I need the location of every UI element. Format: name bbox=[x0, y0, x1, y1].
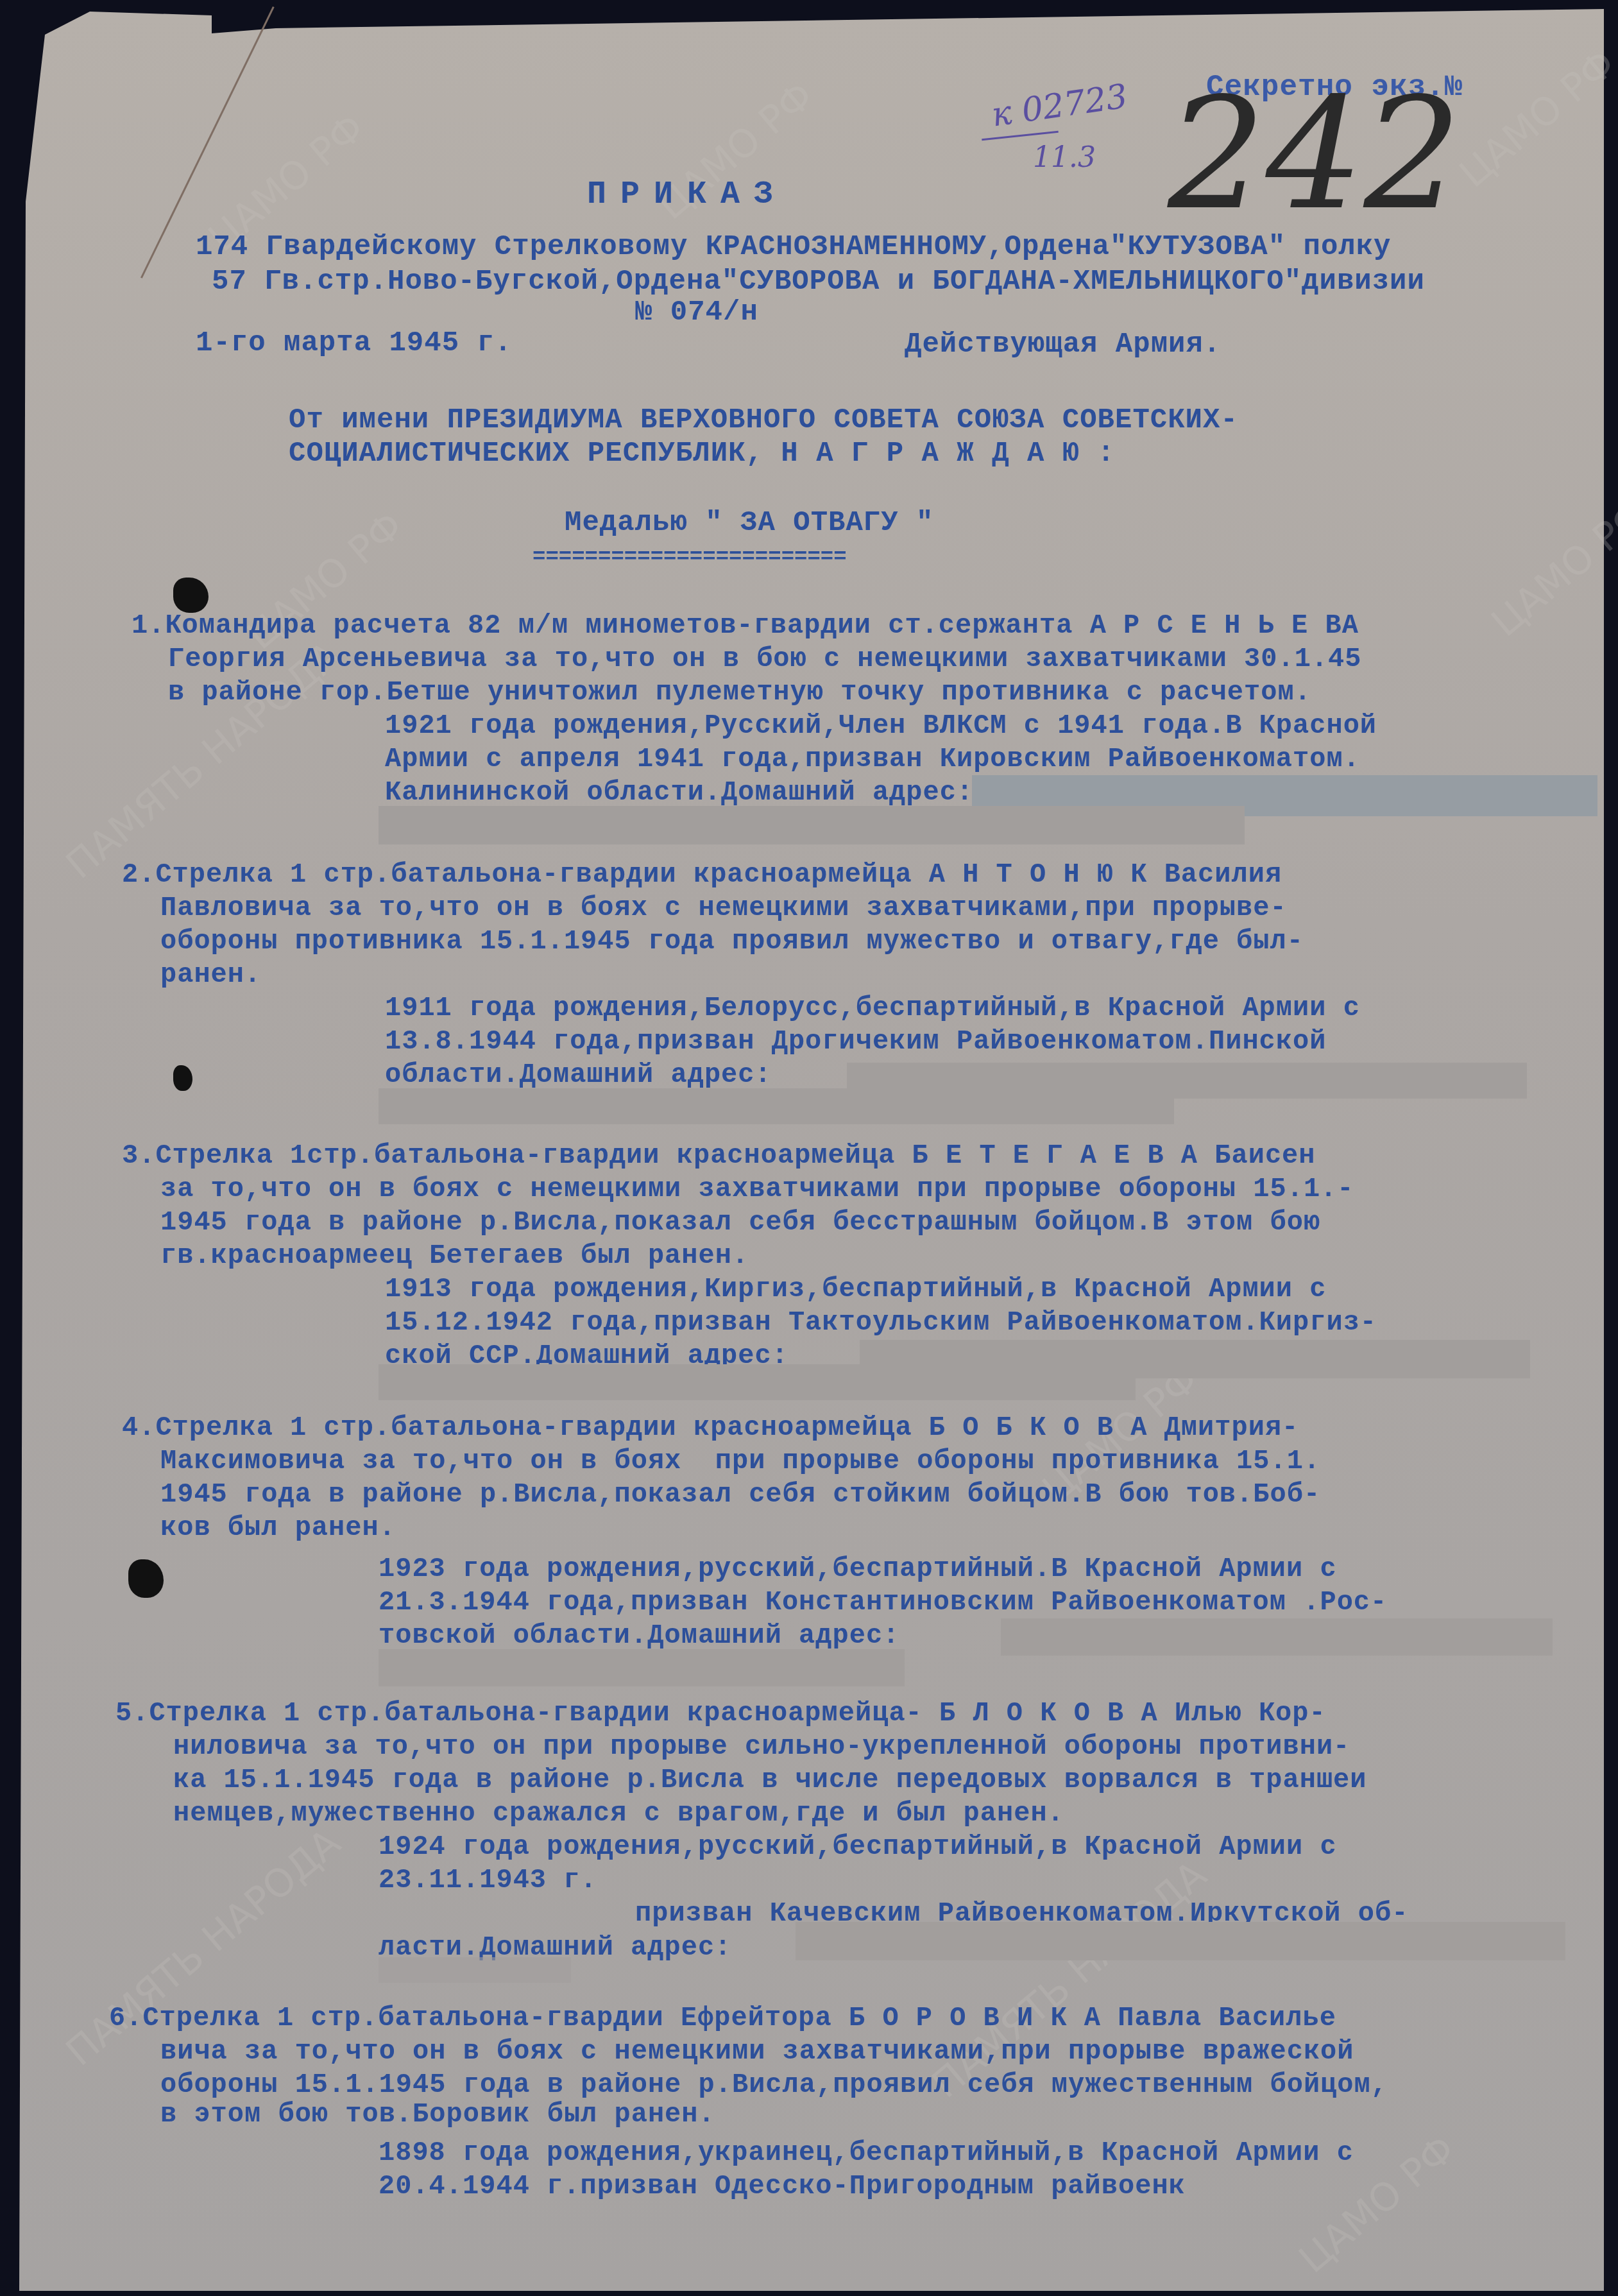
preamble-line: СОЦИАЛИСТИЧЕСКИХ РЕСПУБЛИК, Н А Г Р А Ж … bbox=[289, 438, 1115, 470]
handwritten-copy-number: 242 bbox=[1168, 77, 1461, 231]
order-number: № 074/н bbox=[635, 296, 758, 329]
citation-line: 6.Стрелка 1 стр.батальона-гвардии Ефрейт… bbox=[109, 2002, 1336, 2035]
order-date: 1-го марта 1945 г. bbox=[196, 327, 512, 359]
citation-line: ков был ранен. bbox=[160, 1512, 396, 1545]
bio-line: 1921 года рождения,Русский,Член ВЛКСМ с … bbox=[385, 710, 1377, 742]
bio-line: 15.12.1942 года,призван Тактоульским Рай… bbox=[385, 1306, 1377, 1339]
redacted-address bbox=[796, 1922, 1565, 1960]
handwritten-fraction: 11.3 bbox=[1033, 141, 1096, 174]
unit-line: 174 Гвардейскому Стрелковому КРАСНОЗНАМЕ… bbox=[196, 231, 1392, 263]
citation-line: обороны 15.1.1945 года в районе р.Висла,… bbox=[160, 2069, 1388, 2102]
award-underline: ======================== bbox=[532, 545, 847, 570]
citation-line: 1.Командира расчета 82 м/м минометов-гва… bbox=[132, 610, 1359, 642]
bio-line: 1924 года рождения,русский,беспартийный,… bbox=[379, 1831, 1337, 1863]
citation-line: в районе гор.Бетше уничтожил пулеметную … bbox=[168, 676, 1311, 709]
redacted-address bbox=[1001, 1618, 1553, 1656]
bio-line: 1898 года рождения,украинец,беспартийный… bbox=[379, 2137, 1354, 2170]
citation-line: в этом бою тов.Боровик был ранен. bbox=[160, 2098, 715, 2131]
citation-line: вича за то,что он в боях с немецкими зах… bbox=[160, 2035, 1354, 2068]
citation-line: 5.Стрелка 1 стр.батальона-гвардии красно… bbox=[115, 1697, 1326, 1730]
bio-line: 23.11.1943 г. bbox=[379, 1864, 597, 1897]
citation-line: 1945 года в районе р.Висла,показал себя … bbox=[160, 1206, 1320, 1239]
bio-line: 21.3.1944 года,призван Константиновским … bbox=[379, 1586, 1387, 1619]
bio-line: области.Домашний адрес: bbox=[385, 1059, 772, 1092]
bio-line: товской области.Домашний адрес: bbox=[379, 1620, 899, 1652]
citation-line: 2.Стрелка 1 стр.батальона-гвардии красно… bbox=[122, 859, 1282, 891]
order-location: Действующая Армия. bbox=[905, 329, 1221, 361]
redacted-address bbox=[379, 1649, 905, 1686]
unit-line: 57 Гв.стр.Ново-Бугской,Ордена"СУВОРОВА и… bbox=[212, 266, 1425, 298]
citation-line: 3.Стрелка 1стр.батальона-гвардии красноа… bbox=[122, 1140, 1316, 1172]
citation-line: ка 15.1.1945 года в районе р.Висла в чис… bbox=[173, 1764, 1367, 1797]
bio-line: 1923 года рождения,русский,беспартийный.… bbox=[379, 1553, 1337, 1586]
citation-line: Павловича за то,что он в боях с немецким… bbox=[160, 892, 1287, 925]
citation-line: Георгия Арсеньевича за то,что он в бою с… bbox=[168, 643, 1362, 676]
citation-line: обороны противника 15.1.1945 года прояви… bbox=[160, 925, 1304, 958]
document-title: ПРИКАЗ bbox=[587, 176, 787, 213]
citation-line: 1945 года в районе р.Висла,показал себя … bbox=[160, 1478, 1320, 1511]
citation-line: гв.красноармеец Бетегаев был ранен. bbox=[160, 1240, 749, 1272]
redacted-address bbox=[379, 806, 1245, 844]
award-name: Медалью " ЗА ОТВАГУ " bbox=[565, 507, 934, 539]
bio-line: 1913 года рождения,Киргиз,беспартийный,в… bbox=[385, 1273, 1326, 1306]
redacted-address bbox=[379, 1088, 1174, 1124]
bio-line: Армии с апреля 1941 года,призван Кировск… bbox=[385, 743, 1360, 776]
citation-line: за то,что он в боях с немецкими захватчи… bbox=[160, 1173, 1354, 1206]
citation-line: ниловича за то,что он при прорыве сильно… bbox=[173, 1731, 1350, 1763]
redacted-address bbox=[379, 1364, 1136, 1400]
citation-line: Максимовича за то,что он в боях при прор… bbox=[160, 1445, 1320, 1478]
bio-line: 20.4.1944 г.призван Одесско-Пригородным … bbox=[379, 2170, 1186, 2203]
bio-line: Калининской области.Домашний адрес: bbox=[385, 776, 973, 809]
preamble-line: От имени ПРЕЗИДИУМА ВЕРХОВНОГО СОВЕТА СО… bbox=[289, 404, 1238, 436]
redacted-address bbox=[379, 1957, 571, 1983]
citation-line: 4.Стрелка 1 стр.батальона-гвардии красно… bbox=[122, 1412, 1299, 1444]
bio-line: 13.8.1944 года,призван Дрогичеким Райвое… bbox=[385, 1025, 1326, 1058]
punch-hole bbox=[173, 1065, 192, 1091]
bio-line: 1911 года рождения,Белорусс,беспартийный… bbox=[385, 992, 1360, 1025]
citation-line: немцев,мужественно сражался с врагом,где… bbox=[173, 1797, 1064, 1830]
citation-line: ранен. bbox=[160, 959, 261, 991]
